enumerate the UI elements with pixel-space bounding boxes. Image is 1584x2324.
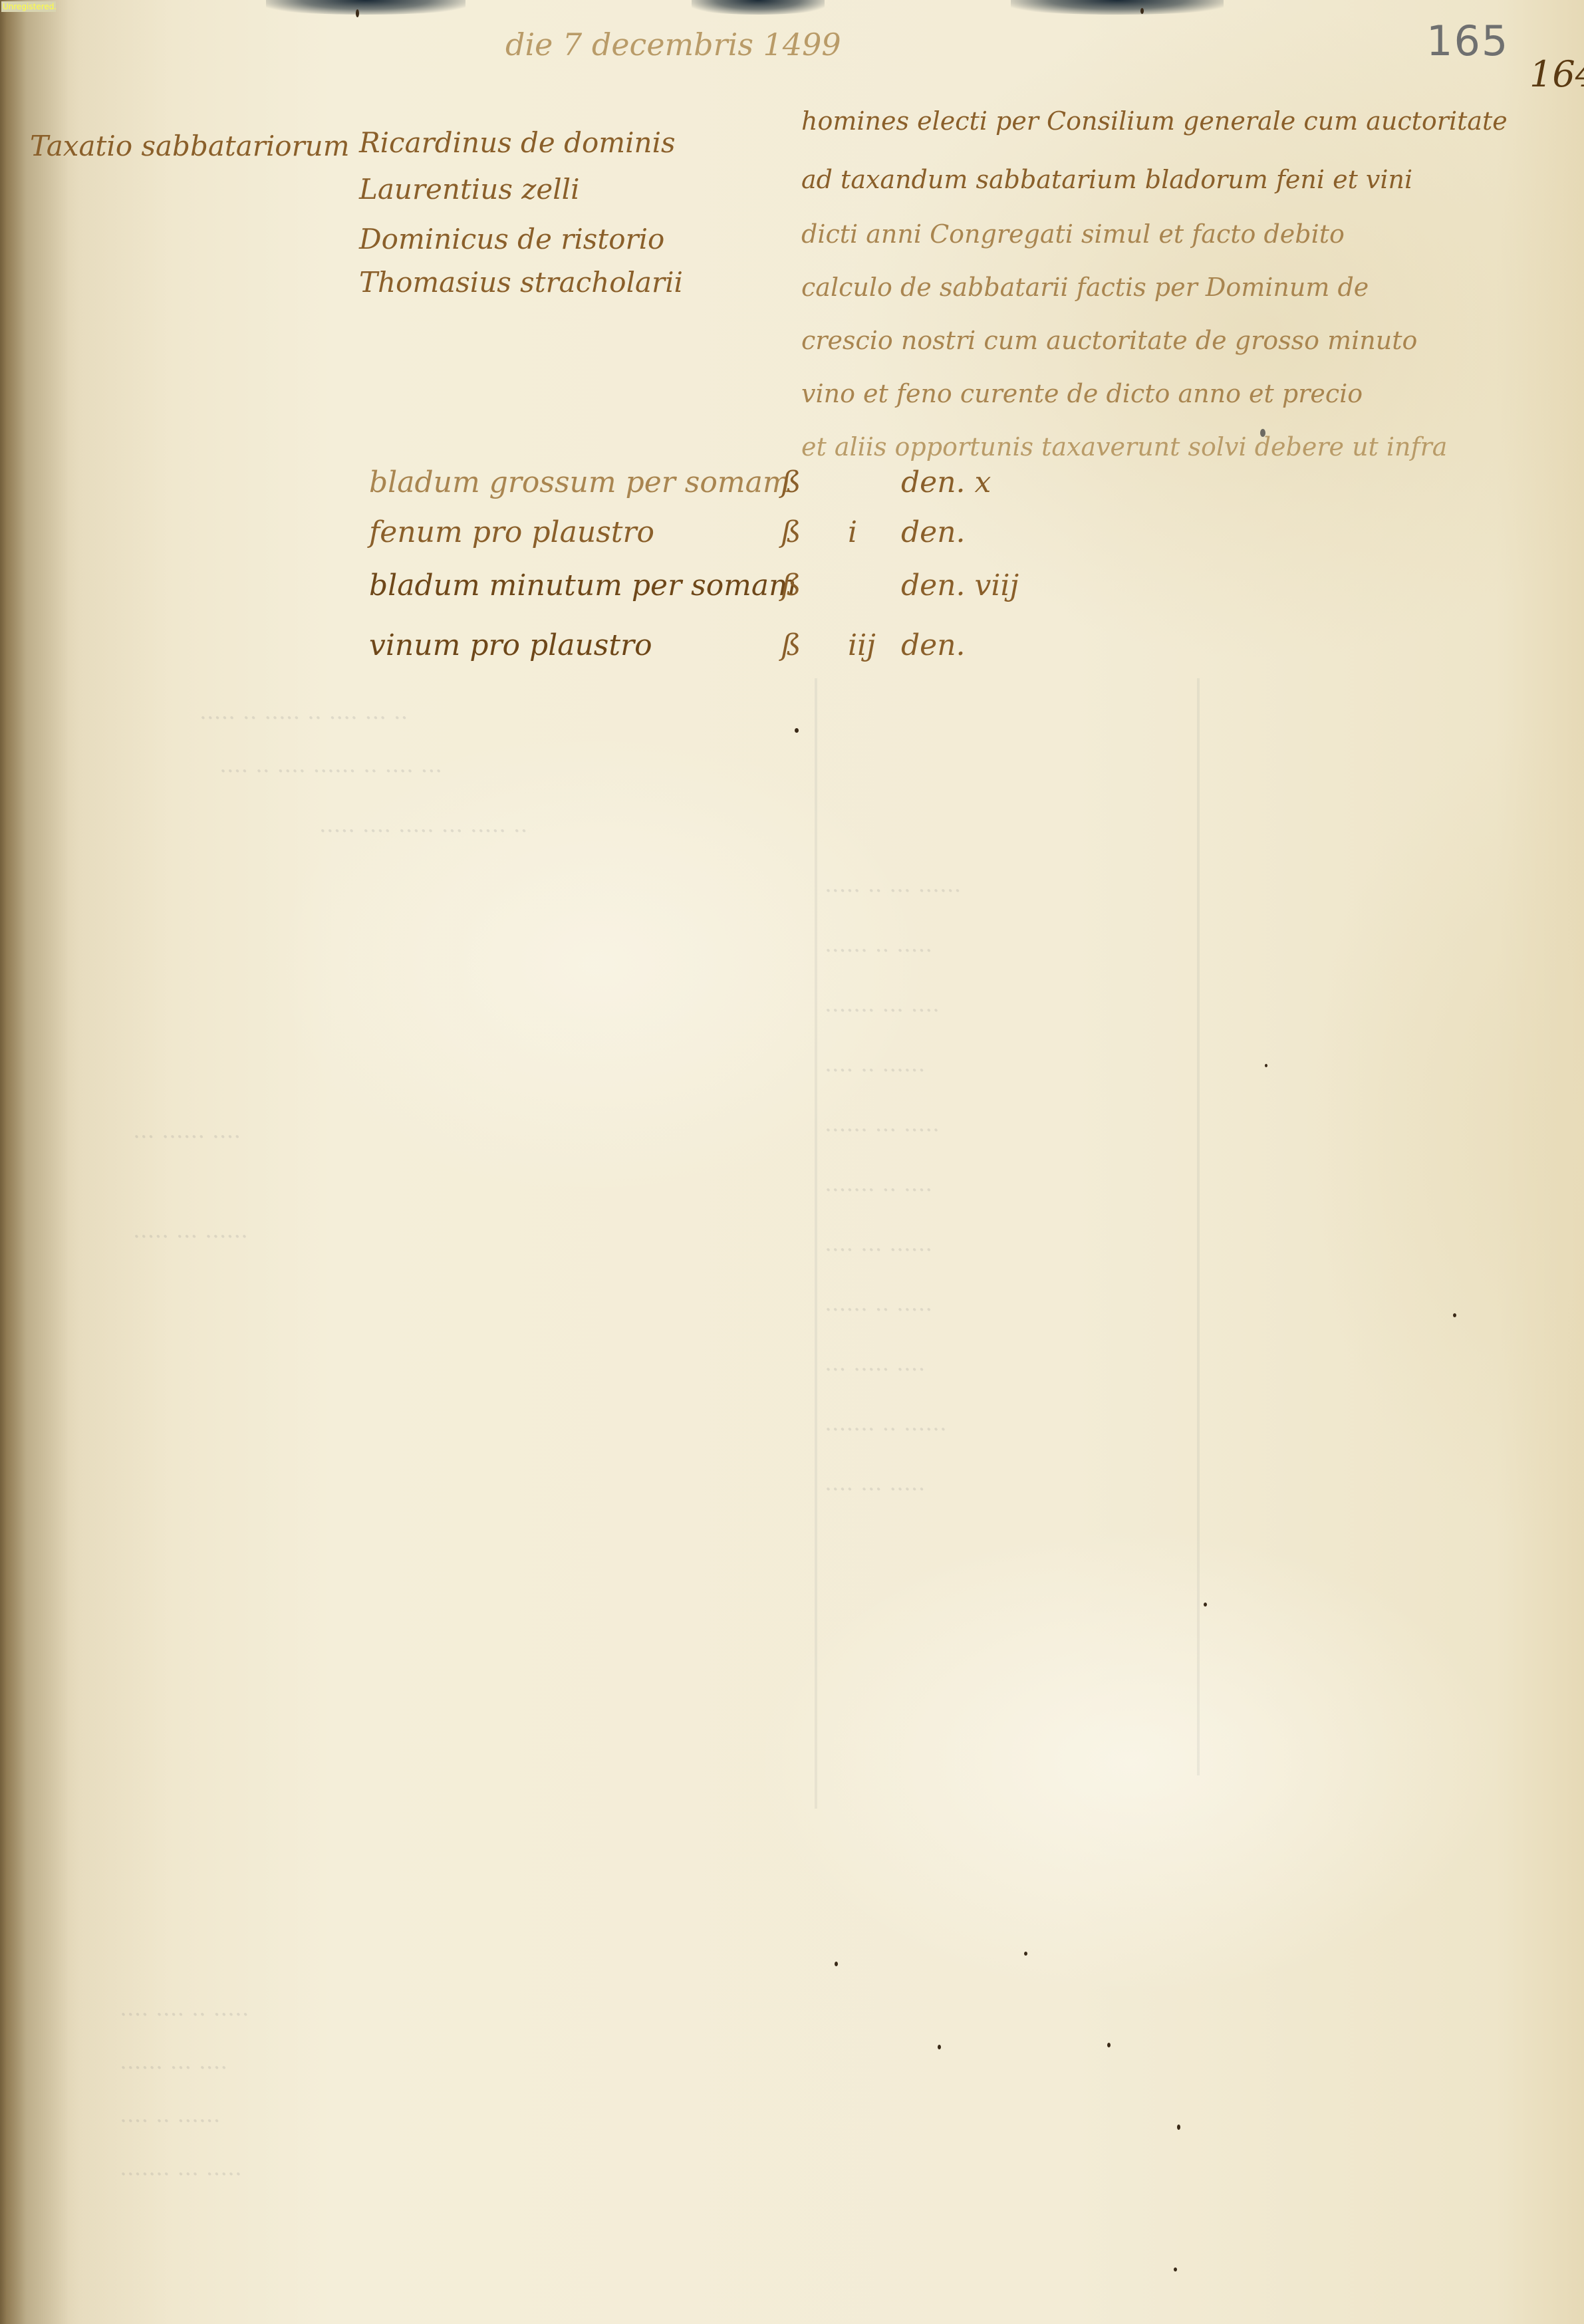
row-item: bladum grossum per somam xyxy=(369,465,791,499)
date-heading: die 7 decembris 1499 xyxy=(505,27,841,63)
bleed-line: ······ ·· ······· xyxy=(825,1416,947,1443)
ink-speck xyxy=(1174,2267,1177,2271)
bleed-ruling xyxy=(1197,678,1200,1775)
bleed-line: ···· ······ ··· xyxy=(133,1124,241,1150)
bleed-line: ··· ···· ·· ······ ···· ·· ···· xyxy=(219,758,442,785)
bleed-line: ···· ····· ··· xyxy=(825,1356,925,1383)
ink-speck xyxy=(1107,2043,1111,2047)
row-value: den. xyxy=(901,515,966,549)
row-unit-mark: ß xyxy=(781,465,801,499)
name-entry: Laurentius zelli xyxy=(359,173,580,205)
bleed-line: ······ ·· ···· xyxy=(825,1057,925,1084)
bleed-line: ······ ··· ·· ····· xyxy=(825,878,961,904)
ink-speck xyxy=(1177,2125,1180,2130)
bleed-line: ····· ·· ······ xyxy=(825,1297,932,1323)
folio-number-pencil: 165 xyxy=(1426,17,1509,65)
bleed-line: ····· ··· ···· xyxy=(825,1476,925,1503)
ink-speck xyxy=(938,2045,941,2049)
folio-number-ink: 164 xyxy=(1529,53,1584,95)
ink-speck xyxy=(835,1962,838,1966)
binding-shadow xyxy=(0,0,173,2324)
bleed-line: ···· ··· ······· xyxy=(825,997,940,1024)
name-entry: Dominicus de ristorio xyxy=(359,223,664,255)
ink-speck xyxy=(356,9,359,17)
paragraph-line: homines electi per Consilium generale cu… xyxy=(801,106,1508,136)
ink-speck xyxy=(1024,1952,1027,1956)
paragraph-line: crescio nostri cum auctoritate de grosso… xyxy=(801,326,1417,355)
scanner-clip-shadow xyxy=(1011,0,1224,15)
bleed-line: ······ ·· ···· xyxy=(120,2108,220,2134)
bleed-line: ·· ··· ···· ·· ····· ·· ····· xyxy=(199,705,408,731)
bleed-line: ····· ·· ······ xyxy=(825,938,932,964)
bleed-line: ···· ·· ······· xyxy=(825,1177,932,1204)
paragraph-line: calculo de sabbatarii factis per Dominum… xyxy=(801,273,1369,302)
row-item: fenum pro plaustro xyxy=(369,515,654,549)
row-value: den. viij xyxy=(901,569,1019,602)
name-entry: Ricardinus de dominis xyxy=(359,126,676,159)
bleed-line: ····· ·· ···· ···· xyxy=(120,2001,249,2028)
paragraph-line: et aliis opportunis taxaverunt solvi deb… xyxy=(801,432,1447,461)
ink-speck xyxy=(1265,1064,1267,1067)
bleed-line: ······ ··· ···· xyxy=(825,1237,932,1263)
name-entry: Thomasius stracholarii xyxy=(359,266,683,299)
row-sub: i xyxy=(848,515,857,549)
row-item: vinum pro plaustro xyxy=(369,628,652,662)
row-unit-mark: ß xyxy=(781,628,801,662)
marginal-heading: Taxatio sabbatariorum xyxy=(30,130,350,162)
ink-speck xyxy=(1140,8,1144,14)
row-item: bladum minutum per somam xyxy=(369,569,797,602)
ink-speck xyxy=(795,728,799,733)
bleed-ruling xyxy=(815,678,817,1809)
bleed-line: ······ ··· ····· xyxy=(133,1224,248,1250)
row-value: den. x xyxy=(901,465,991,499)
bleed-line: ····· ··· ······· xyxy=(120,2161,242,2188)
bleed-line: ····· ··· ······ xyxy=(825,1117,940,1144)
ink-speck xyxy=(1260,429,1265,437)
scanner-clip-shadow xyxy=(692,0,825,15)
row-unit-mark: ß xyxy=(781,569,801,602)
bleed-line: ···· ··· ······ xyxy=(120,2055,227,2081)
ink-speck xyxy=(1204,1603,1207,1607)
paragraph-line: vino et feno curente de dicto anno et pr… xyxy=(801,379,1363,408)
paragraph-line: ad taxandum sabbatarium bladorum feni et… xyxy=(801,165,1412,194)
row-unit-mark: ß xyxy=(781,515,801,549)
scanner-clip-shadow xyxy=(266,0,465,15)
ink-speck xyxy=(1453,1313,1456,1317)
row-sub: iij xyxy=(848,628,876,662)
row-value: den. xyxy=(901,628,966,662)
manuscript-page: Unregistered. ·· ··· ···· ·· ····· ·· ··… xyxy=(0,0,1584,2324)
paragraph-line: dicti anni Congregati simul et facto deb… xyxy=(801,219,1345,249)
unregistered-watermark: Unregistered. xyxy=(1,1,56,12)
bleed-line: ·· ····· ··· ····· ···· ····· xyxy=(319,818,527,844)
